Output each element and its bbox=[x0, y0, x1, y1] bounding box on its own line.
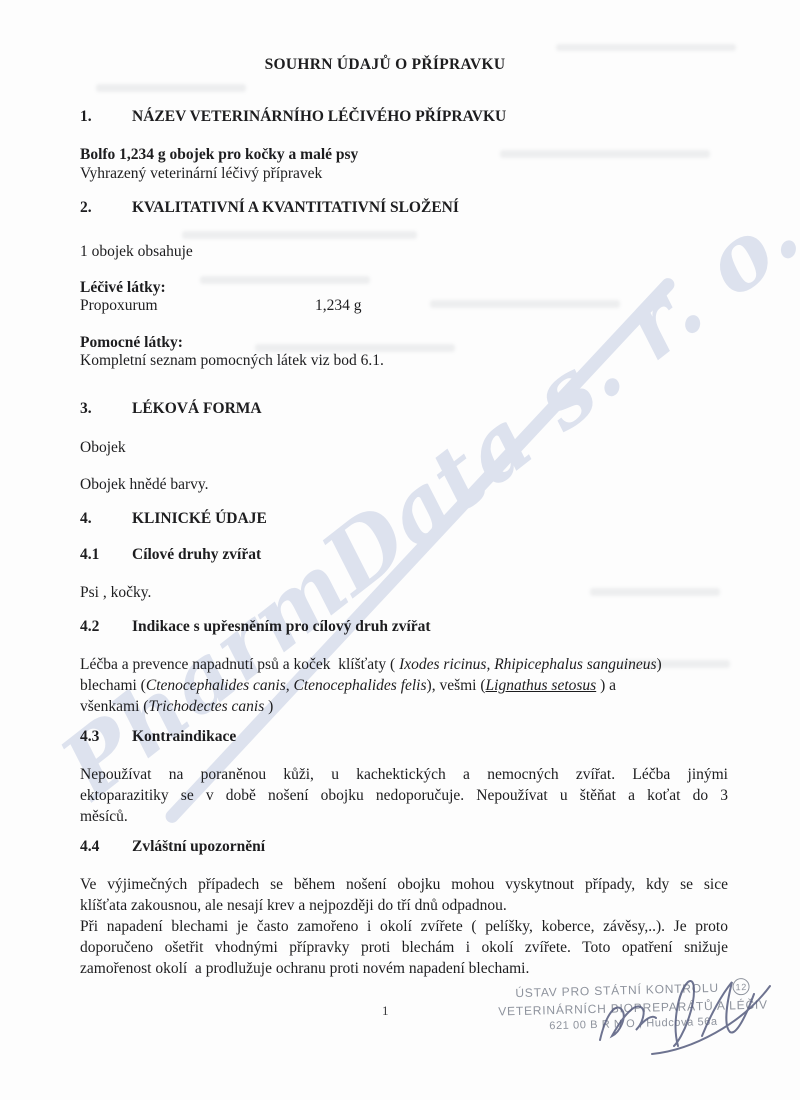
section-title: NÁZEV VETERINÁRNÍHO LÉČIVÉHO PŘÍPRAVKU bbox=[132, 108, 506, 126]
section-4-heading: 4. KLINICKÉ ÚDAJE bbox=[80, 510, 267, 528]
section-number: 4. bbox=[80, 510, 132, 528]
contraindications-line-1: Nepoužívat na poraněnou kůži, u kachekti… bbox=[80, 764, 728, 785]
scan-artifact bbox=[556, 44, 736, 51]
scan-artifact bbox=[182, 231, 417, 239]
section-number: 3. bbox=[80, 400, 132, 418]
active-substance-amount: 1,234 g bbox=[315, 295, 362, 316]
document-title: SOUHRN ÚDAJŮ O PŘÍPRAVKU bbox=[0, 56, 770, 74]
excipients-text: Kompletní seznam pomocných látek viz bod… bbox=[80, 350, 384, 371]
section-4-2-heading: 4.2 Indikace s upřesněním pro cílový dru… bbox=[80, 618, 431, 636]
special-warnings-paragraph: Ve výjimečných případech se během nošení… bbox=[80, 874, 728, 979]
section-number: 2. bbox=[80, 199, 132, 217]
page-number: 1 bbox=[382, 1003, 389, 1019]
warnings-line-1: Ve výjimečných případech se během nošení… bbox=[80, 874, 728, 895]
section-4-1-heading: 4.1 Cílové druhy zvířat bbox=[80, 546, 261, 564]
indications-line-3: všenkami (Trichodectes canis ) bbox=[80, 696, 662, 717]
section-number: 4.2 bbox=[80, 618, 132, 636]
warnings-line-2: klíšťata zakousnou, ale nesají krev a ne… bbox=[80, 895, 728, 916]
section-title: Kontraindikace bbox=[132, 728, 236, 746]
scan-artifact bbox=[96, 84, 246, 92]
scan-artifact bbox=[500, 150, 710, 158]
product-type: Vyhrazený veterinární léčivý přípravek bbox=[80, 163, 322, 184]
contraindications-paragraph: Nepoužívat na poraněnou kůži, u kachekti… bbox=[80, 764, 728, 827]
section-title: LÉKOVÁ FORMA bbox=[132, 400, 262, 418]
section-4-4-heading: 4.4 Zvláštní upozornění bbox=[80, 838, 265, 856]
scan-artifact bbox=[590, 588, 720, 596]
signature-scribble bbox=[592, 972, 792, 1057]
section-number: 4.1 bbox=[80, 546, 132, 564]
dosage-form-line: Obojek bbox=[80, 437, 126, 458]
product-name: Bolfo 1,234 g obojek pro kočky a malé ps… bbox=[80, 144, 358, 165]
section-title: Indikace s upřesněním pro cílový druh zv… bbox=[132, 618, 431, 636]
scan-artifact bbox=[200, 276, 370, 284]
section-number: 4.4 bbox=[80, 838, 132, 856]
contraindications-line-2: ektoparazitiky se v době nošení obojku n… bbox=[80, 785, 728, 806]
section-title: KLINICKÉ ÚDAJE bbox=[132, 510, 267, 528]
contraindications-line-3: měsíců. bbox=[80, 806, 728, 827]
warnings-line-4: doporučeno ošetřit vhodnými přípravky pr… bbox=[80, 937, 728, 958]
dosage-form-desc: Obojek hnědé barvy. bbox=[80, 474, 209, 495]
section-title: Zvláštní upozornění bbox=[132, 838, 265, 856]
section-3-heading: 3. LÉKOVÁ FORMA bbox=[80, 400, 262, 418]
section-title: KVALITATIVNÍ A KVANTITATIVNÍ SLOŽENÍ bbox=[132, 199, 459, 217]
warnings-line-3: Při napadení blechami je často zamořeno … bbox=[80, 916, 728, 937]
indications-line-2: blechami (Ctenocephalides canis, Ctenoce… bbox=[80, 675, 662, 696]
section-1-heading: 1. NÁZEV VETERINÁRNÍHO LÉČIVÉHO PŘÍPRAVK… bbox=[80, 108, 506, 126]
section-4-3-heading: 4.3 Kontraindikace bbox=[80, 728, 236, 746]
scan-artifact bbox=[430, 300, 620, 308]
section-title: Cílové druhy zvířat bbox=[132, 546, 261, 564]
section-number: 1. bbox=[80, 108, 132, 126]
indications-line-1: Léčba a prevence napadnutí psů a koček k… bbox=[80, 654, 662, 675]
indications-paragraph: Léčba a prevence napadnutí psů a koček k… bbox=[80, 654, 662, 717]
section-number: 4.3 bbox=[80, 728, 132, 746]
composition-intro: 1 obojek obsahuje bbox=[80, 241, 193, 262]
target-species-text: Psi , kočky. bbox=[80, 582, 151, 603]
active-substance-name: Propoxurum bbox=[80, 295, 158, 316]
section-2-heading: 2. KVALITATIVNÍ A KVANTITATIVNÍ SLOŽENÍ bbox=[80, 199, 459, 217]
